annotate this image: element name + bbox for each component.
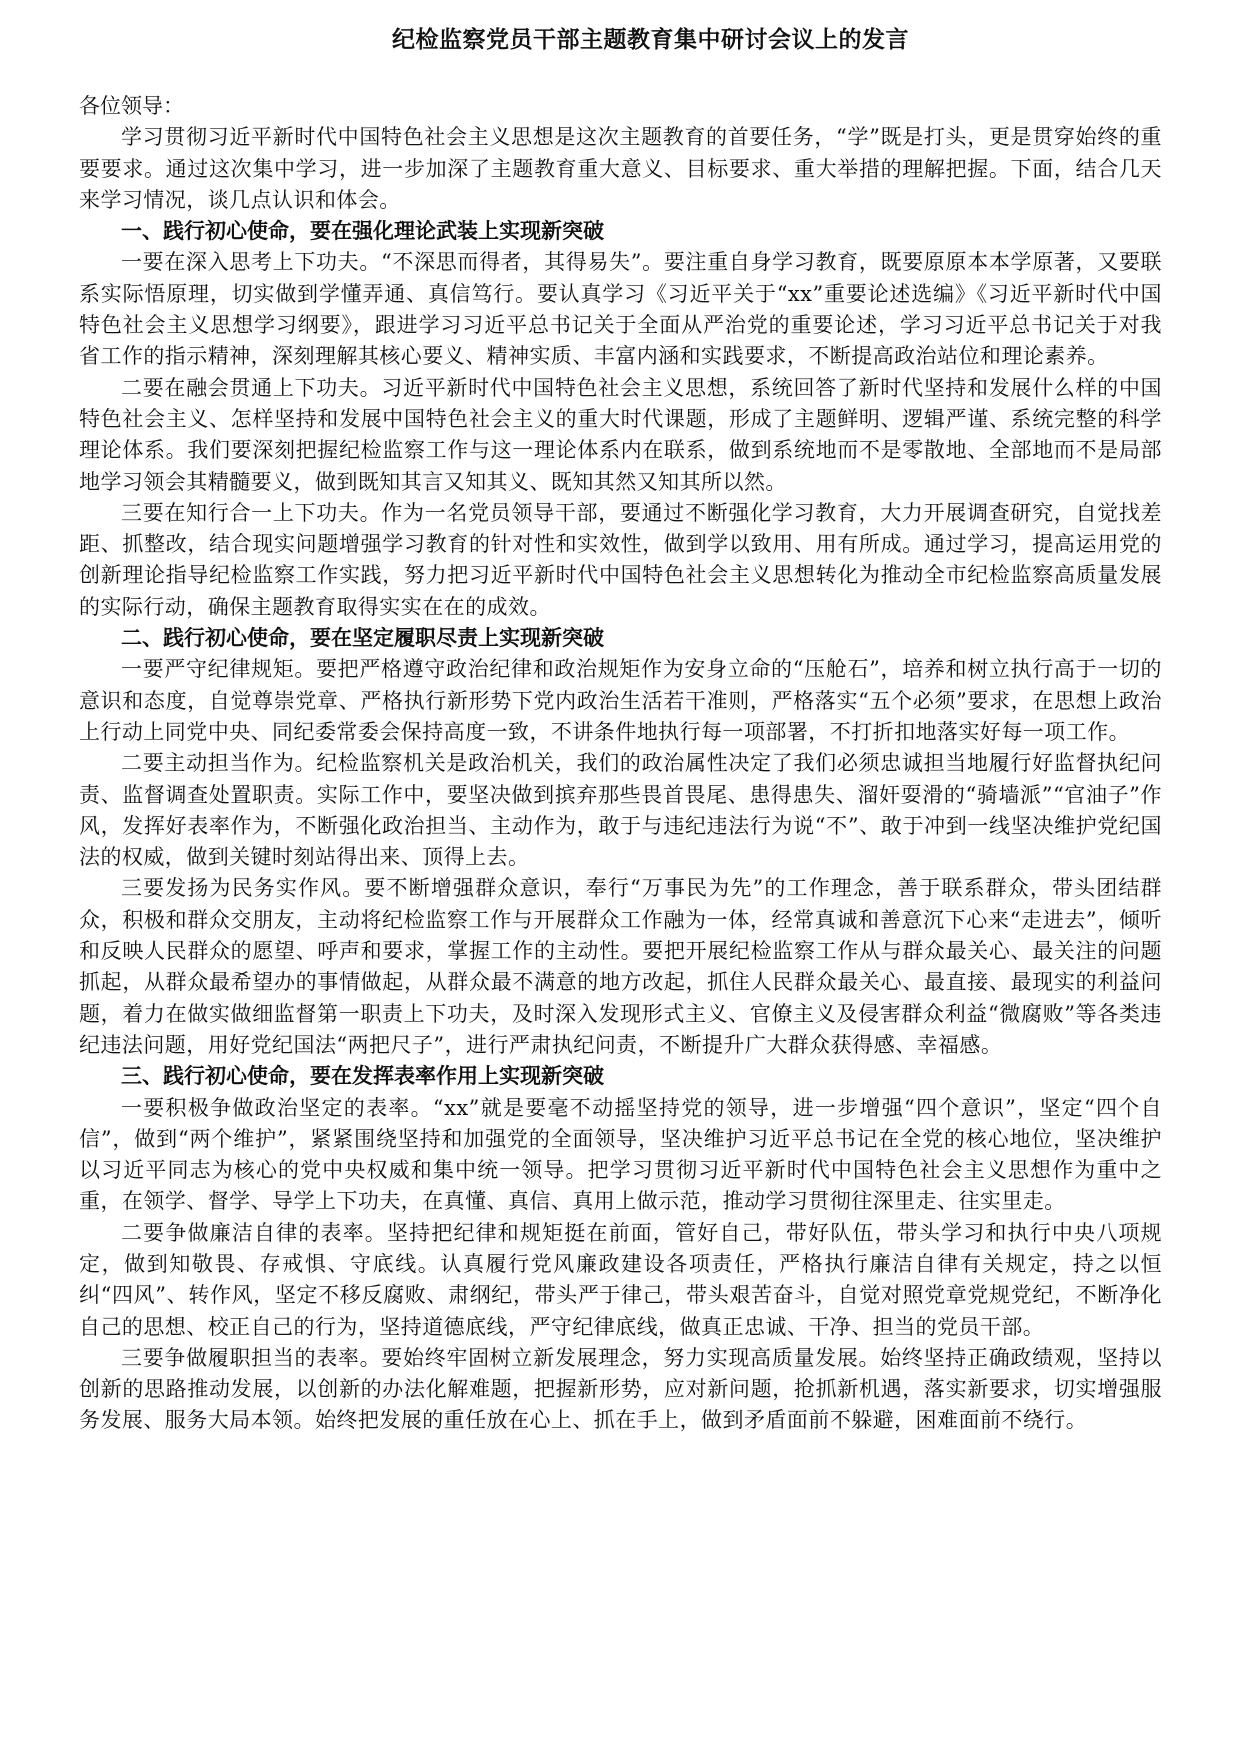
salutation: 各位领导： (79, 91, 1162, 122)
paragraph: 三要在知行合一上下功夫。作为一名党员领导干部，要通过不断强化学习教育，大力开展调… (79, 498, 1162, 623)
section-2: 二、践行初心使命，要在坚定履职尽责上实现新突破 一要严守纪律规矩。要把严格遵守政… (79, 623, 1162, 1061)
paragraph: 三要发扬为民务实作风。要不断增强群众意识，奉行“万事民为先”的工作理念，善于联系… (79, 873, 1162, 1061)
document-page: 纪检监察党员干部主题教育集中研讨会议上的发言 各位领导： 学习贯彻习近平新时代中… (79, 22, 1162, 1437)
paragraph: 一要积极争做政治坚定的表率。“xx”就是要毫不动摇坚持党的领导，进一步增强“四个… (79, 1093, 1162, 1218)
paragraph: 二要主动担当作为。纪检监察机关是政治机关，我们的政治属性决定了我们必须忠诚担当地… (79, 748, 1162, 873)
paragraph: 一要严守纪律规矩。要把严格遵守政治纪律和政治规矩作为安身立命的“压舱石”，培养和… (79, 654, 1162, 748)
document-title: 纪检监察党员干部主题教育集中研讨会议上的发言 (79, 22, 1162, 58)
section-heading: 三、践行初心使命，要在发挥表率作用上实现新突破 (79, 1061, 1162, 1092)
paragraph: 一要在深入思考上下功夫。“不深思而得者，其得易失”。要注重自身学习教育，既要原原… (79, 247, 1162, 372)
paragraph: 二要在融会贯通上下功夫。习近平新时代中国特色社会主义思想，系统回答了新时代坚持和… (79, 373, 1162, 498)
section-heading: 二、践行初心使命，要在坚定履职尽责上实现新突破 (79, 623, 1162, 654)
paragraph: 三要争做履职担当的表率。要始终牢固树立新发展理念，努力实现高质量发展。始终坚持正… (79, 1343, 1162, 1437)
paragraph: 二要争做廉洁自律的表率。坚持把纪律和规矩挺在前面，管好自己，带好队伍，带头学习和… (79, 1218, 1162, 1343)
intro-paragraph: 学习贯彻习近平新时代中国特色社会主义思想是这次主题教育的首要任务，“学”既是打头… (79, 122, 1162, 216)
section-1: 一、践行初心使命，要在强化理论武装上实现新突破 一要在深入思考上下功夫。“不深思… (79, 216, 1162, 623)
section-heading: 一、践行初心使命，要在强化理论武装上实现新突破 (79, 216, 1162, 247)
section-3: 三、践行初心使命，要在发挥表率作用上实现新突破 一要积极争做政治坚定的表率。“x… (79, 1061, 1162, 1437)
